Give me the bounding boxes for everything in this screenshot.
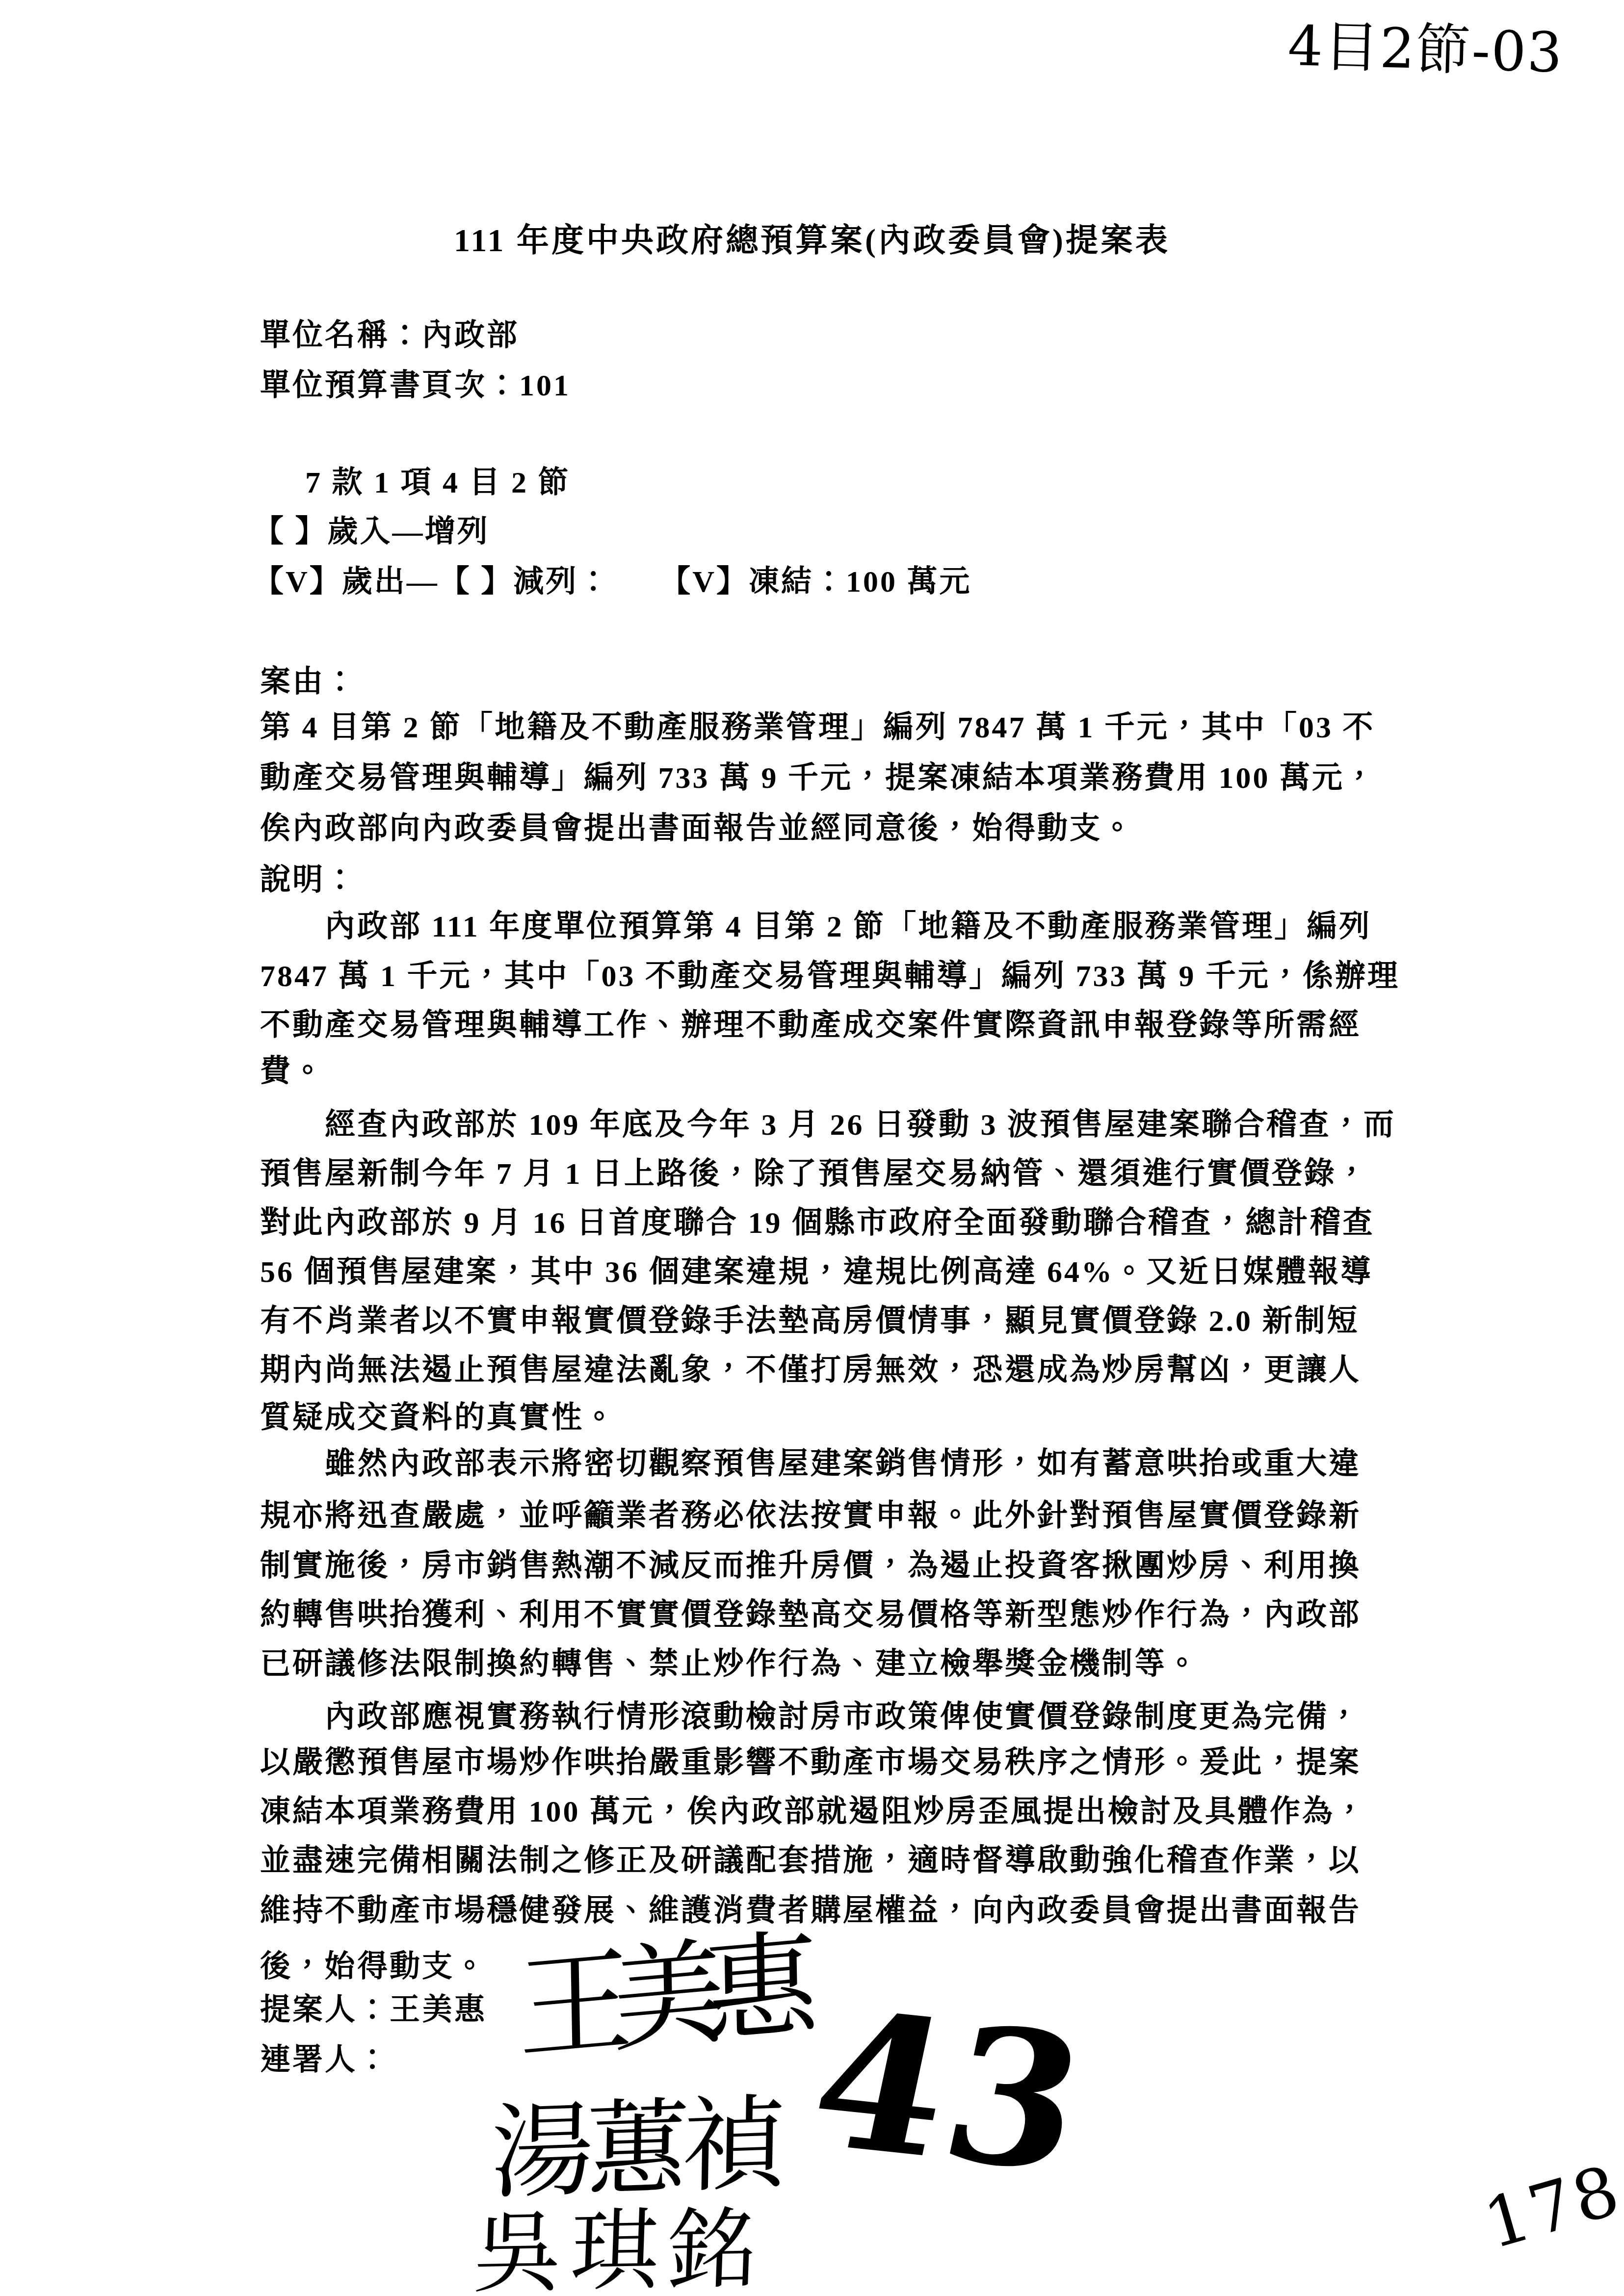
case-line: 第 4 目第 2 節「地籍及不動產服務業管理」編列 7847 萬 1 千元，其中… bbox=[260, 711, 1375, 744]
cosigner-signature-handwritten-2: 吳琪銘 bbox=[472, 2205, 766, 2296]
handwritten-page-number-bottom-right: 178 bbox=[1477, 2156, 1624, 2260]
cosigner-signature-handwritten-1: 湯蕙禎 bbox=[490, 2092, 778, 2206]
explanation-line: 質疑成交資料的真實性。 bbox=[260, 1401, 616, 1435]
proposer-line: 提案人：王美惠 bbox=[260, 1993, 487, 2027]
cosigner-line: 連署人： bbox=[260, 2043, 390, 2077]
unit-page-line: 單位預算書頁次：101 bbox=[260, 369, 571, 402]
handwritten-note-top-right: 4目2節-03 bbox=[1287, 19, 1564, 81]
explanation-line: 不動產交易管理與輔導工作、辦理不動產成交案件實際資訊申報登錄等所需經 bbox=[260, 1009, 1361, 1042]
case-line: 動產交易管理與輔導」編列 733 萬 9 千元，提案凍結本項業務費用 100 萬… bbox=[260, 761, 1377, 795]
handwritten-large-number: 43 bbox=[798, 1987, 1101, 2198]
explanation-line: 有不肖業者以不實申報實價登錄手法墊高房價情事，顯見實價登錄 2.0 新制短 bbox=[260, 1305, 1360, 1338]
budget-code-line: 7 款 1 項 4 目 2 節 bbox=[305, 466, 571, 499]
document-title: 111 年度中央政府總預算案(內政委員會)提案表 bbox=[0, 214, 1624, 261]
explanation-line: 經查內政部於 109 年底及今年 3 月 26 日發動 3 波預售屋建案聯合稽查… bbox=[260, 1108, 1396, 1142]
explanation-line: 制實施後，房市銷售熱潮不減反而推升房價，為遏止投資客揪團炒房、利用換 bbox=[260, 1549, 1361, 1583]
explanation-line: 內政部 111 年度單位預算第 4 目第 2 節「地籍及不動產服務業管理」編列 bbox=[260, 910, 1371, 943]
checkbox-revenue-line: 【 】歲入—增列 bbox=[253, 515, 490, 548]
unit-name-line: 單位名稱：內政部 bbox=[260, 319, 519, 352]
explanation-line: 規亦將迅查嚴處，並呼籲業者務必依法按實申報。此外針對預售屋實價登錄新 bbox=[260, 1499, 1361, 1533]
explanation-line: 凍結本項業務費用 100 萬元，俟內政部就遏阻炒房歪風提出檢討及具體作為， bbox=[260, 1795, 1367, 1828]
explanation-line: 56 個預售屋建案，其中 36 個建案違規，違規比例高達 64%。又近日媒體報導 bbox=[260, 1255, 1373, 1289]
checkbox-expenditure-line: 【V】歲出—【 】減列： 【V】凍結：100 萬元 bbox=[253, 565, 972, 599]
explanation-line: 預售屋新制今年 7 月 1 日上路後，除了預售屋交易納管、還須進行實價登錄， bbox=[260, 1157, 1369, 1191]
explanation-line: 雖然內政部表示將密切觀察預售屋建案銷售情形，如有蓄意哄抬或重大違 bbox=[260, 1447, 1361, 1481]
explanation-heading: 說明： bbox=[260, 863, 357, 897]
case-heading: 案由： bbox=[260, 665, 357, 699]
explanation-line: 約轉售哄抬獲利、利用不實實價登錄墊高交易價格等新型態炒作行為，內政部 bbox=[260, 1598, 1361, 1632]
explanation-line: 並盡速完備相關法制之修正及研議配套措施，適時督導啟動強化稽查作業，以 bbox=[260, 1844, 1361, 1878]
explanation-line: 以嚴懲預售屋市場炒作哄抬嚴重影響不動產市場交易秩序之情形。爰此，提案 bbox=[260, 1746, 1361, 1779]
explanation-line: 期內尚無法遏止預售屋違法亂象，不僅打房無效，恐還成為炒房幫凶，更讓人 bbox=[260, 1354, 1361, 1387]
explanation-line: 維持不動產市場穩健發展、維護消費者購屋權益，向內政委員會提出書面報告 bbox=[260, 1894, 1361, 1928]
explanation-line: 7847 萬 1 千元，其中「03 不動產交易管理與輔導」編列 733 萬 9 … bbox=[260, 960, 1400, 993]
explanation-line: 後，始得動支。 bbox=[260, 1950, 487, 1983]
proposer-signature-handwritten: 王美惠 bbox=[517, 1928, 798, 2068]
explanation-line: 對此內政部於 9 月 16 日首度聯合 19 個縣市政府全面發動聯合稽查，總計稽… bbox=[260, 1206, 1375, 1240]
explanation-line: 費。 bbox=[260, 1055, 325, 1088]
explanation-line: 內政部應視實務執行情形滾動檢討房市政策俾使實價登錄制度更為完備， bbox=[260, 1700, 1361, 1734]
explanation-line: 已研議修法限制換約轉售、禁止炒作行為、建立檢舉獎金機制等。 bbox=[260, 1647, 1199, 1681]
scanned-document-page: 4目2節-03 111 年度中央政府總預算案(內政委員會)提案表 單位名稱：內政… bbox=[0, 0, 1624, 2296]
case-line: 俟內政部向內政委員會提出書面報告並經同意後，始得動支。 bbox=[260, 812, 1134, 845]
